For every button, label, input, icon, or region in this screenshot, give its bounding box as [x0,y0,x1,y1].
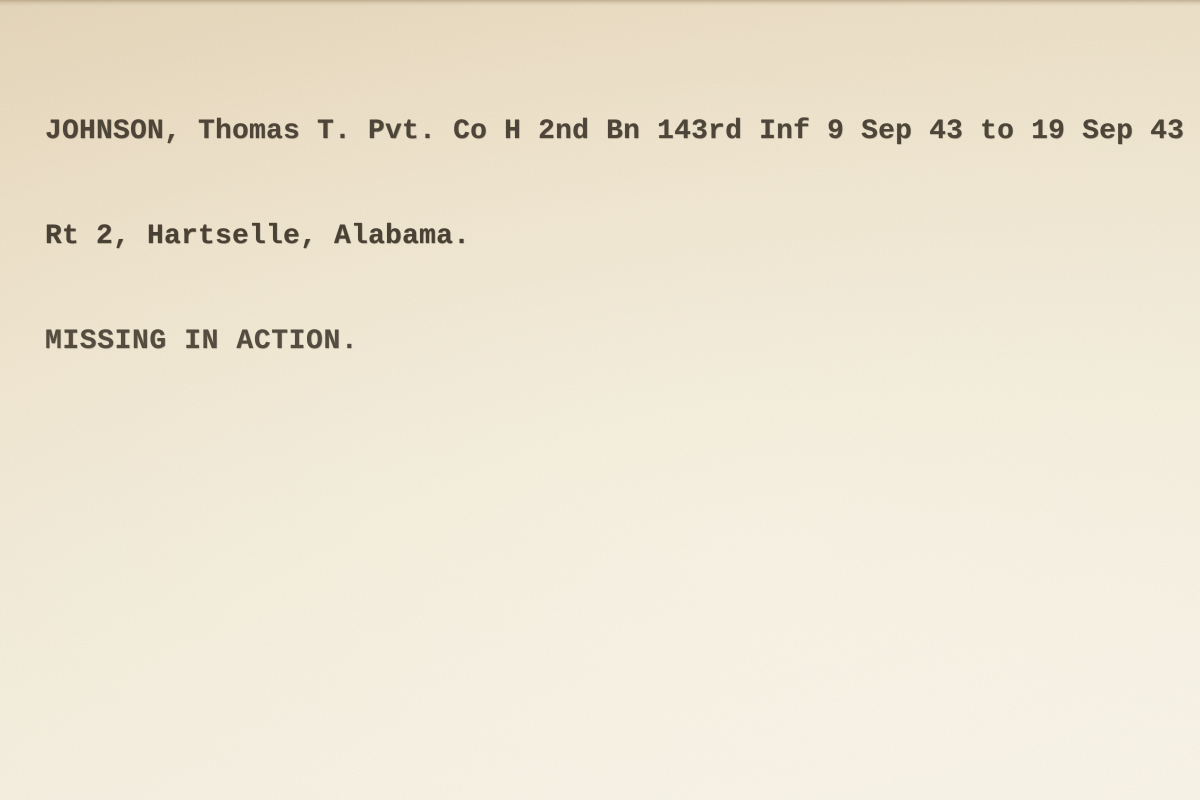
typed-line-address: Rt 2, Hartselle, Alabama. [45,219,1200,254]
typed-line-status: MISSING IN ACTION. [45,324,1200,359]
typed-text-block: JOHNSON, Thomas T. Pvt. Co H 2nd Bn 143r… [45,44,1200,394]
scanned-index-card: { "card": { "kind": "typewritten militar… [0,0,1200,800]
typed-line-name-unit-dates: JOHNSON, Thomas T. Pvt. Co H 2nd Bn 143r… [45,114,1200,149]
scan-top-edge-shadow [0,0,1200,6]
